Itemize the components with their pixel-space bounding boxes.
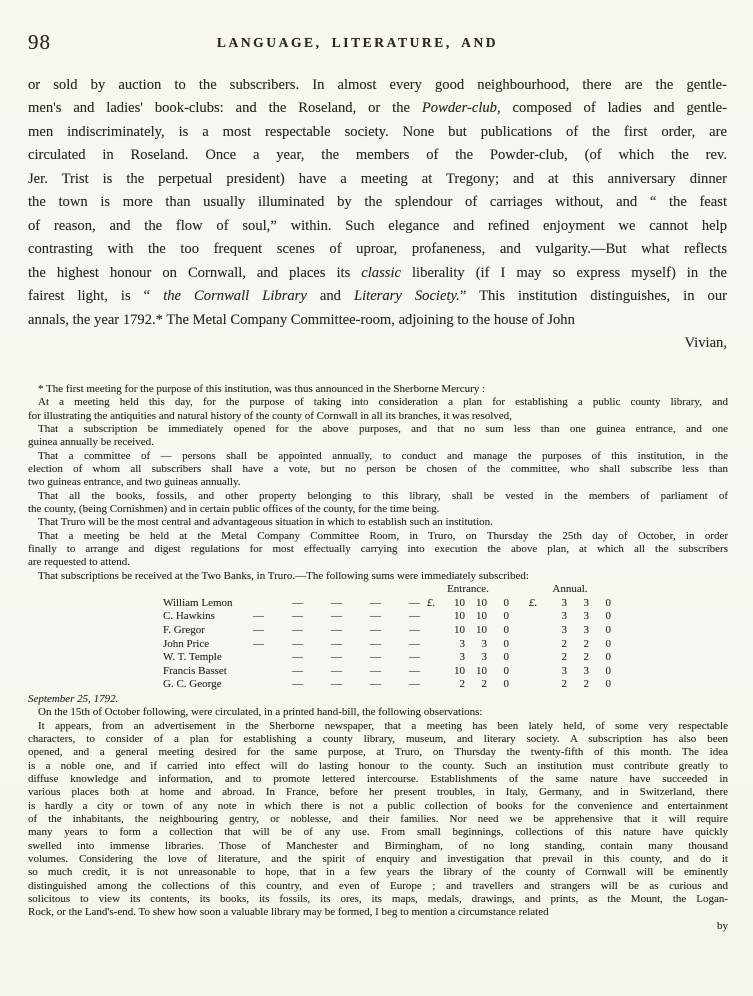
- text-line: That subscriptions be received at the Tw…: [28, 570, 728, 583]
- text-line: guinea annually be received.: [28, 436, 728, 449]
- leader-dash-icon: —: [292, 597, 302, 610]
- leader-dash-icon: —: [370, 624, 380, 637]
- text-line: the county, (being Cornishmen) and in ce…: [28, 503, 728, 516]
- text-line: is a noble one, and if carried into effe…: [28, 760, 728, 773]
- annual-amount: 3: [545, 624, 567, 637]
- text-line: the highest honour on Cornwall, and plac…: [28, 262, 727, 285]
- text-line: or sold by auction to the subscribers. I…: [28, 74, 727, 97]
- subscription-row: F. Gregor—————10100330: [163, 624, 633, 638]
- text-line: On the 15th of October following, were c…: [28, 706, 728, 719]
- text-line: Vivian,: [28, 332, 727, 355]
- subscription-row: G. C. George————220220: [163, 678, 633, 692]
- leader-dash-icon: —: [331, 651, 341, 664]
- text-line: swelled into immense libraries. Those of…: [28, 840, 728, 853]
- annual-amount: 2: [567, 651, 589, 664]
- leader-dash-icon: —: [409, 597, 419, 610]
- text-line: fairest light, is “ the Cornwall Library…: [28, 285, 727, 308]
- leader-dash-icon: —: [370, 665, 380, 678]
- entrance-amount: 10: [443, 597, 465, 610]
- annual-amount: 0: [589, 597, 611, 610]
- entrance-amount: 0: [487, 610, 509, 623]
- entrance-amount: 0: [487, 678, 509, 691]
- text-line: That a committee of — persons shall be a…: [28, 450, 728, 463]
- text-line: of reason, and the flow of soul,” within…: [28, 215, 727, 238]
- subscription-row: C. Hawkins—————10100330: [163, 610, 633, 624]
- entrance-amount: 3: [443, 651, 465, 664]
- text-line: election of whom all subscribers shall h…: [28, 463, 728, 476]
- leader-dash-icon: —: [370, 597, 380, 610]
- text-line: by: [28, 920, 728, 933]
- entrance-amount: 10: [443, 610, 465, 623]
- text-line: That all the books, fossils, and other p…: [28, 490, 728, 503]
- entrance-amount: 3: [465, 651, 487, 664]
- entrance-column-header: Entrance.: [427, 583, 509, 596]
- leader-dashes: —————: [241, 610, 427, 623]
- book-page: 98 LANGUAGE, LITERATURE, AND or sold by …: [0, 0, 753, 996]
- entrance-amount: 10: [465, 624, 487, 637]
- entrance-amount: 10: [443, 624, 465, 637]
- leader-dash-icon: —: [409, 665, 419, 678]
- text-line: for illustrating the antiquities and nat…: [28, 410, 728, 423]
- date-line: September 25, 1792.: [28, 693, 728, 706]
- text-line: opened, and a general meeting desired fo…: [28, 746, 728, 759]
- leader-dashes: ————: [241, 665, 427, 678]
- annual-amount: 3: [567, 597, 589, 610]
- annual-amount: 2: [567, 638, 589, 651]
- text-line: Rock, or the Land's-end. To shew how soo…: [28, 906, 728, 919]
- leader-dashes: ————: [241, 651, 427, 664]
- subscriber-name: William Lemon: [163, 597, 241, 610]
- leader-dash-icon: —: [292, 610, 302, 623]
- text-line: annals, the year 1792.* The Metal Compan…: [28, 309, 727, 332]
- entrance-amount: 10: [465, 597, 487, 610]
- annual-column-header: Annual.: [529, 583, 611, 596]
- leader-dash-icon: —: [409, 624, 419, 637]
- annual-amount: 0: [589, 665, 611, 678]
- annual-amount: 3: [567, 610, 589, 623]
- text-line: volumes. Considering the love of literat…: [28, 853, 728, 866]
- subscription-row: Francis Basset————10100330: [163, 665, 633, 679]
- annual-amount: 3: [567, 624, 589, 637]
- text-line: circulated in Roseland. Once a year, the…: [28, 144, 727, 167]
- entrance-amount: 0: [487, 651, 509, 664]
- subscription-table: Entrance. Annual. William Lemon————£.101…: [163, 583, 633, 692]
- text-line: * The first meeting for the purpose of t…: [28, 383, 728, 396]
- text-line: are requested to attend.: [28, 556, 728, 569]
- leader-dash-icon: —: [370, 610, 380, 623]
- annual-amount: 3: [567, 665, 589, 678]
- leader-dashes: —————: [241, 638, 427, 651]
- text-line: That a meeting be held at the Metal Comp…: [28, 530, 728, 543]
- entrance-amount: 2: [465, 678, 487, 691]
- text-line: At a meeting held this day, for the purp…: [28, 396, 728, 409]
- leader-dash-icon: —: [409, 610, 419, 623]
- entrance-amount: 3: [465, 638, 487, 651]
- text-line: characters, to consider of a plan for es…: [28, 733, 728, 746]
- annual-amount: 2: [545, 651, 567, 664]
- body-paragraph: or sold by auction to the subscribers. I…: [28, 74, 727, 355]
- annual-amount: 2: [545, 638, 567, 651]
- text-line: That Truro will be the most central and …: [28, 516, 728, 529]
- annual-amount: 3: [545, 597, 567, 610]
- annual-amount: 0: [589, 624, 611, 637]
- leader-dash-icon: —: [409, 638, 419, 651]
- leader-dash-icon: —: [292, 638, 302, 651]
- text-line: Jer. Trist is the perpetual president) h…: [28, 168, 727, 191]
- text-line: diffuse knowledge and information, and t…: [28, 773, 728, 786]
- leader-dash-icon: —: [370, 678, 380, 691]
- entrance-amount: 3: [443, 638, 465, 651]
- subscriber-name: Francis Basset: [163, 665, 241, 678]
- leader-dash-icon: —: [370, 638, 380, 651]
- annual-amount: 0: [589, 651, 611, 664]
- leader-dashes: ————: [241, 597, 427, 610]
- subscription-table-rows: William Lemon————£.10100£.330C. Hawkins—…: [163, 597, 633, 692]
- text-line: two guineas entrance, and two guineas an…: [28, 476, 728, 489]
- leader-dash-icon: —: [253, 610, 263, 623]
- text-line: various places both at home and abroad. …: [28, 786, 728, 799]
- entrance-amount: 10: [465, 665, 487, 678]
- text-line: of the inhabitants, the neighbouring gen…: [28, 813, 728, 826]
- leader-dash-icon: —: [331, 665, 341, 678]
- leader-dash-icon: —: [331, 678, 341, 691]
- subscriber-name: F. Gregor: [163, 624, 241, 637]
- text-line: the town is more than usually illuminate…: [28, 191, 727, 214]
- entrance-amount: 2: [443, 678, 465, 691]
- entrance-amount: 0: [487, 638, 509, 651]
- leader-dashes: —————: [241, 624, 427, 637]
- annual-amount: 0: [589, 678, 611, 691]
- text-line: is hardly a city or town of any note in …: [28, 800, 728, 813]
- leader-dash-icon: —: [331, 638, 341, 651]
- leader-dash-icon: —: [253, 638, 263, 651]
- subscriber-name: C. Hawkins: [163, 610, 241, 623]
- leader-dash-icon: —: [292, 624, 302, 637]
- leader-dash-icon: —: [409, 651, 419, 664]
- text-line: distinguished among the collections of t…: [28, 880, 728, 893]
- text-line: finally to arrange and digest regulation…: [28, 543, 728, 556]
- text-line: solicitous to view its contents, its boo…: [28, 893, 728, 906]
- leader-dashes: ————: [241, 678, 427, 691]
- subscriber-name: John Price: [163, 638, 241, 651]
- text-line: men's and ladies' book-clubs: and the Ro…: [28, 97, 727, 120]
- text-line: That a subscription be immediately opene…: [28, 423, 728, 436]
- leader-dash-icon: —: [253, 624, 263, 637]
- text-line: many years to form a collection that wil…: [28, 826, 728, 839]
- running-header: LANGUAGE, LITERATURE, AND: [28, 35, 687, 51]
- annual-amount: 3: [545, 610, 567, 623]
- subscription-row: John Price—————330220: [163, 638, 633, 652]
- annual-amount: 0: [589, 610, 611, 623]
- leader-dash-icon: —: [292, 651, 302, 664]
- subscriber-name: W. T. Temple: [163, 651, 241, 664]
- leader-dash-icon: —: [292, 678, 302, 691]
- entrance-amount: 0: [487, 624, 509, 637]
- entrance-amount: 0: [487, 665, 509, 678]
- subscriber-name: G. C. George: [163, 678, 241, 691]
- leader-dash-icon: —: [409, 678, 419, 691]
- text-line: It appears, from an advertisement in the…: [28, 720, 728, 733]
- text-line: men indiscriminately, is a most respecta…: [28, 121, 727, 144]
- leader-dash-icon: —: [370, 651, 380, 664]
- text-line: contrasting with the too frequent scenes…: [28, 238, 727, 261]
- footnote-announcement: * The first meeting for the purpose of t…: [28, 383, 728, 583]
- pound-sign: £.: [427, 597, 443, 610]
- leader-dash-icon: —: [331, 624, 341, 637]
- subscription-row: W. T. Temple————330220: [163, 651, 633, 665]
- annual-amount: 2: [567, 678, 589, 691]
- annual-amount: 0: [589, 638, 611, 651]
- annual-amount: 3: [545, 665, 567, 678]
- entrance-amount: 10: [465, 610, 487, 623]
- subscription-table-header: Entrance. Annual.: [163, 583, 633, 597]
- leader-dash-icon: —: [331, 597, 341, 610]
- leader-dash-icon: —: [331, 610, 341, 623]
- page-header: 98 LANGUAGE, LITERATURE, AND: [28, 30, 727, 56]
- footnote: * The first meeting for the purpose of t…: [28, 383, 728, 933]
- entrance-amount: 0: [487, 597, 509, 610]
- annual-amount: 2: [545, 678, 567, 691]
- pound-sign: £.: [529, 597, 545, 610]
- footnote-handbill: On the 15th of October following, were c…: [28, 706, 728, 933]
- subscription-row: William Lemon————£.10100£.330: [163, 597, 633, 611]
- entrance-amount: 10: [443, 665, 465, 678]
- leader-dash-icon: —: [292, 665, 302, 678]
- text-line: so much credit, it is not unreasonable t…: [28, 866, 728, 879]
